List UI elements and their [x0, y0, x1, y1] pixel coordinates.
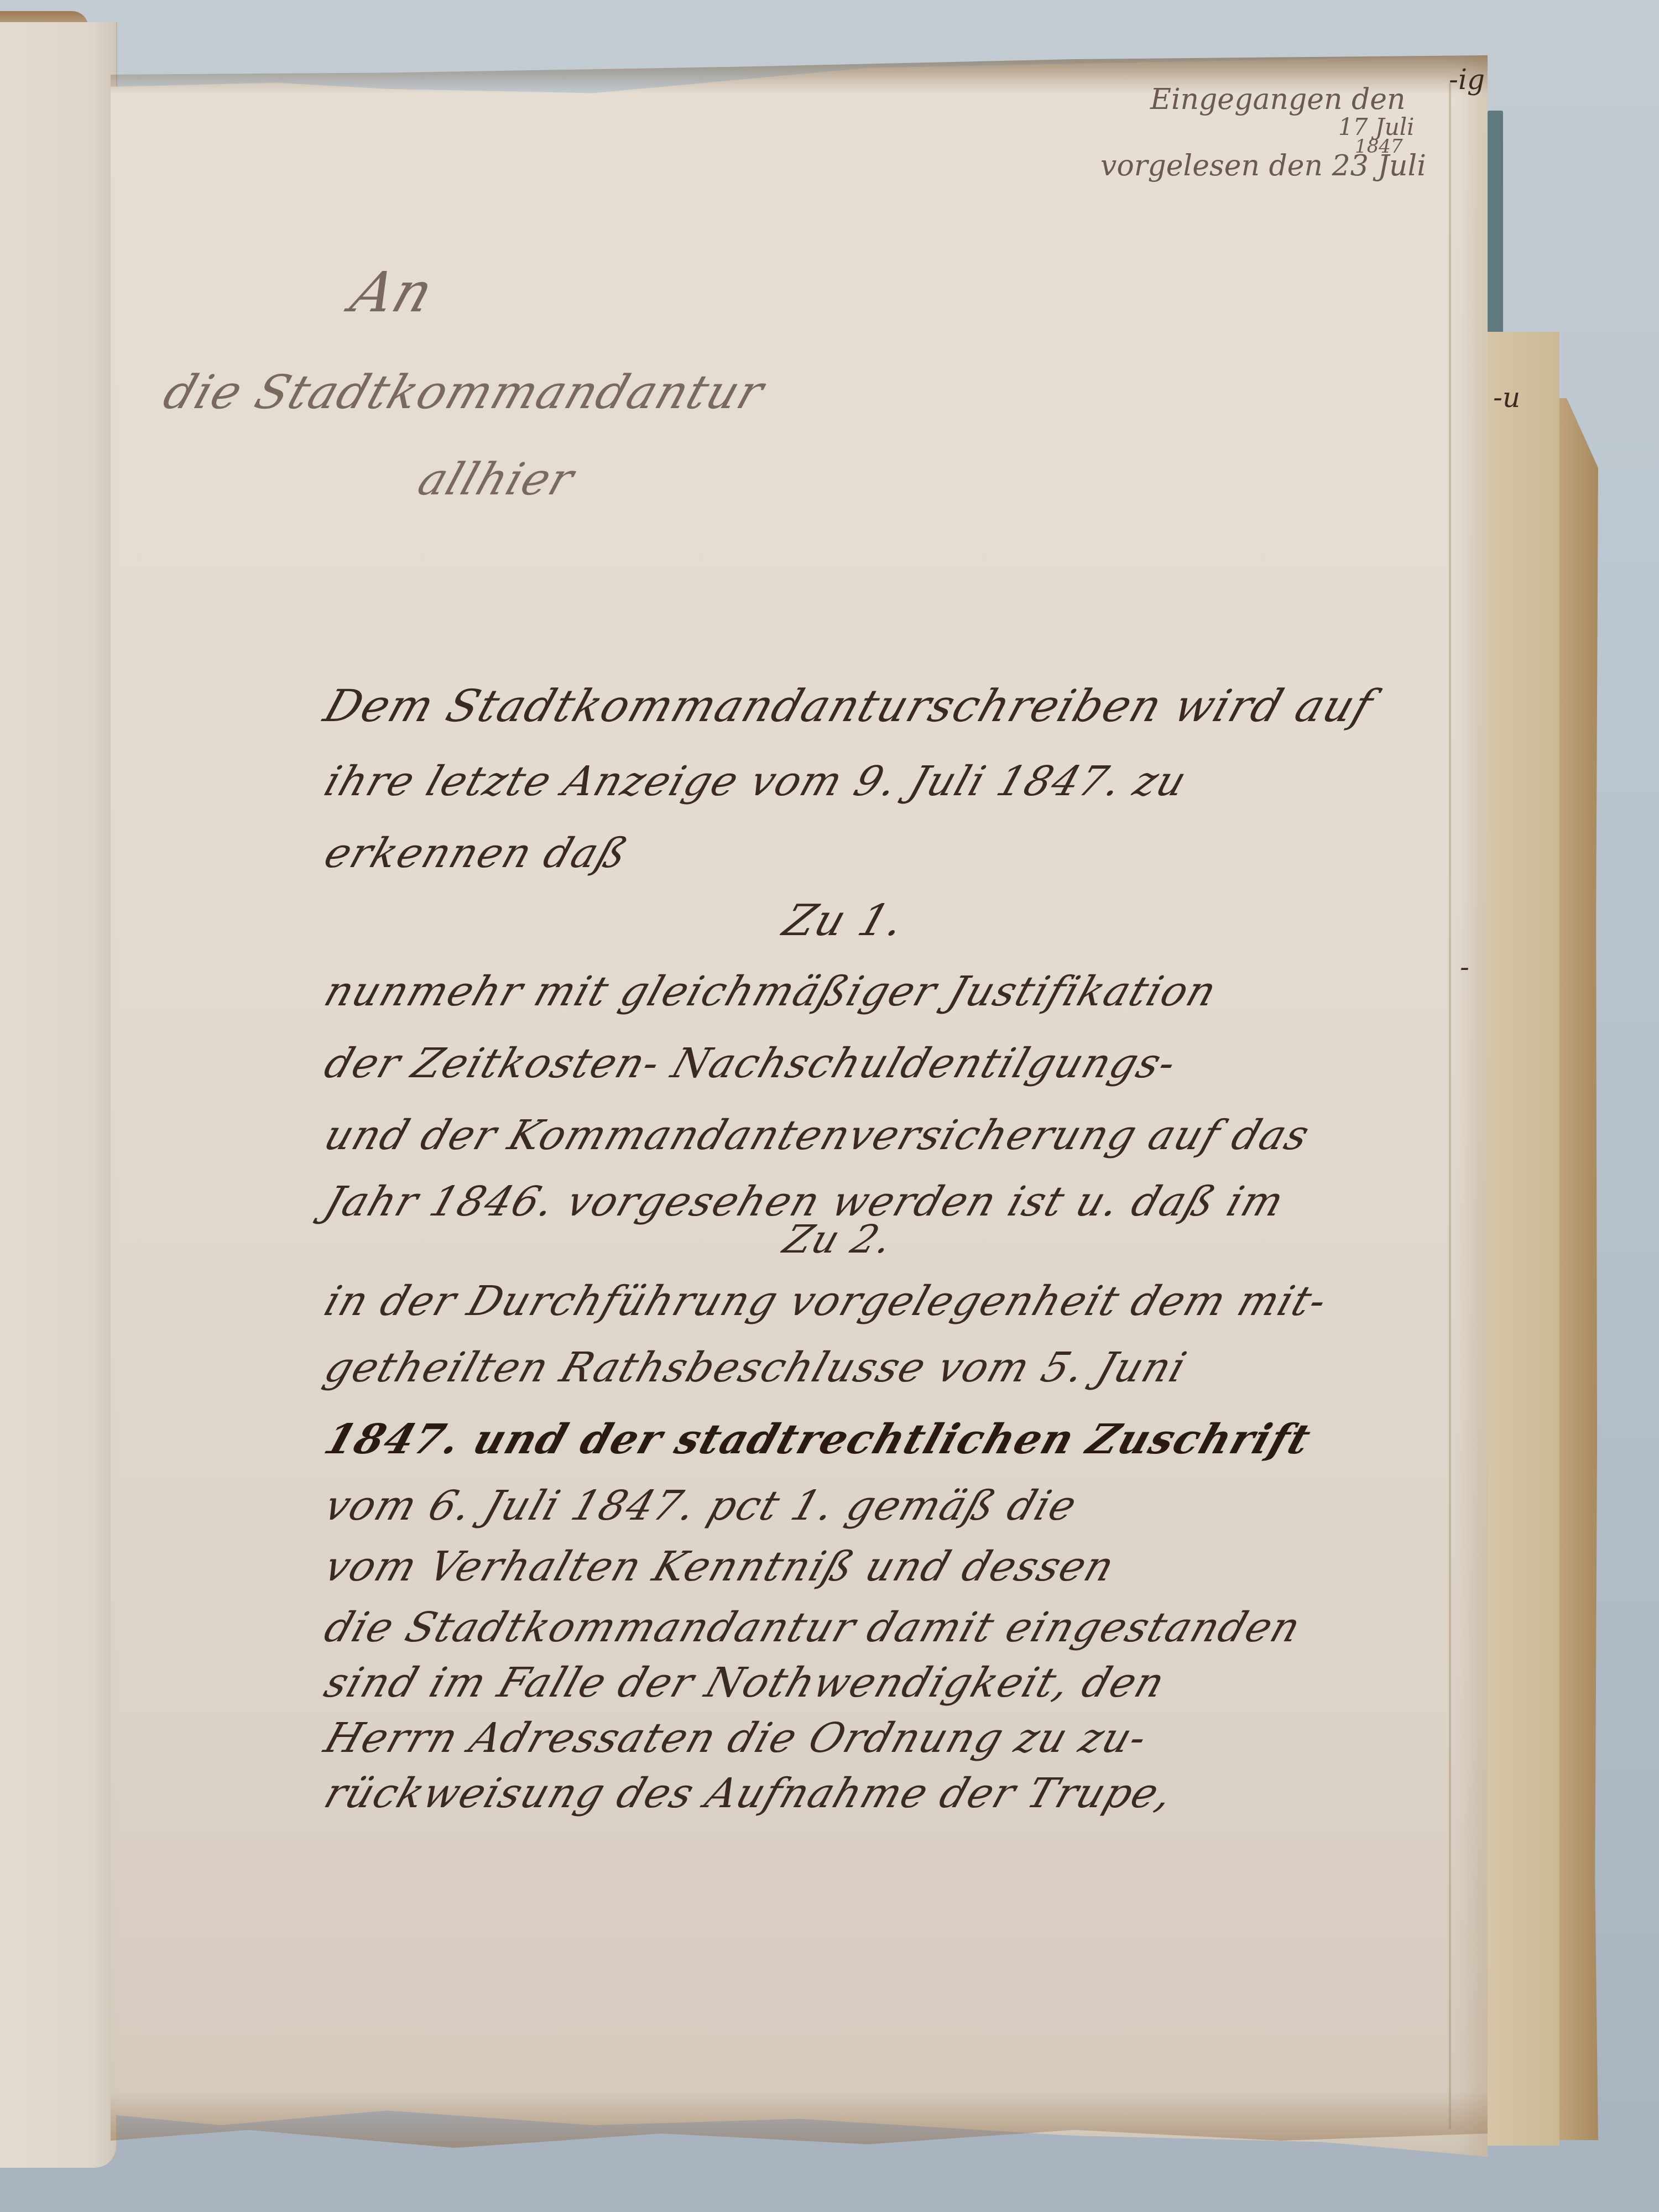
body-line: ihre letzte Anzeige vom 9. Juli 1847. zu	[319, 758, 1193, 805]
body-line: sind im Falle der Nothwendigkeit, den	[319, 1659, 1171, 1707]
body-line: Herrn Adressaten die Ordnung zu zu-	[319, 1714, 1154, 1762]
margin-mark: -	[1460, 951, 1469, 983]
receipt-note-line: Eingegangen den	[1150, 83, 1406, 116]
body-line: Dem Stadtkommandanturschreiben wird auf	[318, 680, 1380, 732]
body-line: die Stadtkommandantur damit eingestanden	[319, 1604, 1307, 1651]
body-line: 1847. und der stadtrechtlichen Zuschrift	[319, 1416, 1317, 1463]
section-heading: Zu 1.	[777, 896, 911, 946]
page-fold	[1449, 83, 1451, 2129]
receipt-note-line: vorgelesen den 23 Juli	[1100, 149, 1426, 182]
section-heading: Zu 2.	[778, 1217, 899, 1262]
left-page	[0, 22, 117, 2168]
body-line: in der Durchführung vorgelegenheit dem m…	[319, 1277, 1334, 1325]
body-line: der Zeitkosten- Nachschuldentilgungs-	[319, 1040, 1183, 1087]
body-line: und der Kommandantenversicherung auf das	[319, 1112, 1316, 1159]
recipient-place: allhier	[412, 453, 581, 505]
body-line: rückweisung des Aufnahme der Trupe,	[319, 1770, 1180, 1817]
body-line: nunmehr mit gleichmäßiger Justifikation	[319, 968, 1223, 1015]
body-line: vom 6. Juli 1847. pct 1. gemäß die	[319, 1482, 1083, 1530]
margin-mark: -ig	[1449, 64, 1485, 96]
body-line: getheilten Rathsbeschlusse vom 5. Juni	[319, 1344, 1193, 1391]
body-line: erkennen daß	[319, 830, 634, 877]
margin-mark: -u	[1493, 382, 1520, 414]
body-line: vom Verhalten Kenntniß und dessen	[319, 1543, 1121, 1590]
recipient: die Stadtkommandantur	[157, 365, 771, 419]
